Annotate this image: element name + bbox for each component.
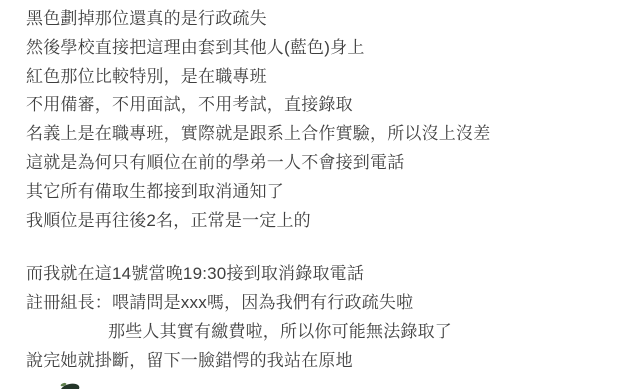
partial-green-emoji-icon bbox=[59, 380, 81, 389]
text-line: 我順位是再往後2名，正常是一定上的 bbox=[26, 207, 630, 236]
text-line: 紅色那位比較特別，是在職專班 bbox=[26, 63, 630, 92]
text-line: 然後學校直接把這理由套到其他人(藍色)身上 bbox=[26, 34, 630, 63]
text-line: 黑色劃掉那位還真的是行政疏失 bbox=[26, 5, 630, 34]
text-line: 註冊組長：喂請問是xxx嗎，因為我們有行政疏失啦 bbox=[26, 289, 630, 318]
paragraph-2: 而我就在這14號當晚19:30接到取消錄取電話 註冊組長：喂請問是xxx嗎，因為… bbox=[26, 260, 630, 375]
text-line: 不用備審，不用面試，不用考試，直接錄取 bbox=[26, 91, 630, 120]
text-line: 其它所有備取生都接到取消通知了 bbox=[26, 178, 630, 207]
text-line: 說完她就掛斷，留下一臉錯愕的我站在原地 bbox=[26, 347, 630, 376]
paragraph-1: 黑色劃掉那位還真的是行政疏失 然後學校直接把這理由套到其他人(藍色)身上 紅色那… bbox=[26, 5, 630, 235]
text-line: 這就是為何只有順位在前的學弟一人不會接到電話 bbox=[26, 149, 630, 178]
post-text: 黑色劃掉那位還真的是行政疏失 然後學校直接把這理由套到其他人(藍色)身上 紅色那… bbox=[0, 0, 640, 376]
text-line: 名義上是在職專班，實際就是跟系上合作實驗，所以沒上沒差 bbox=[26, 120, 630, 149]
text-line: 而我就在這14號當晚19:30接到取消錄取電話 bbox=[26, 260, 630, 289]
text-line-indented: 那些人其實有繳費啦，所以你可能無法錄取了 bbox=[26, 318, 630, 347]
